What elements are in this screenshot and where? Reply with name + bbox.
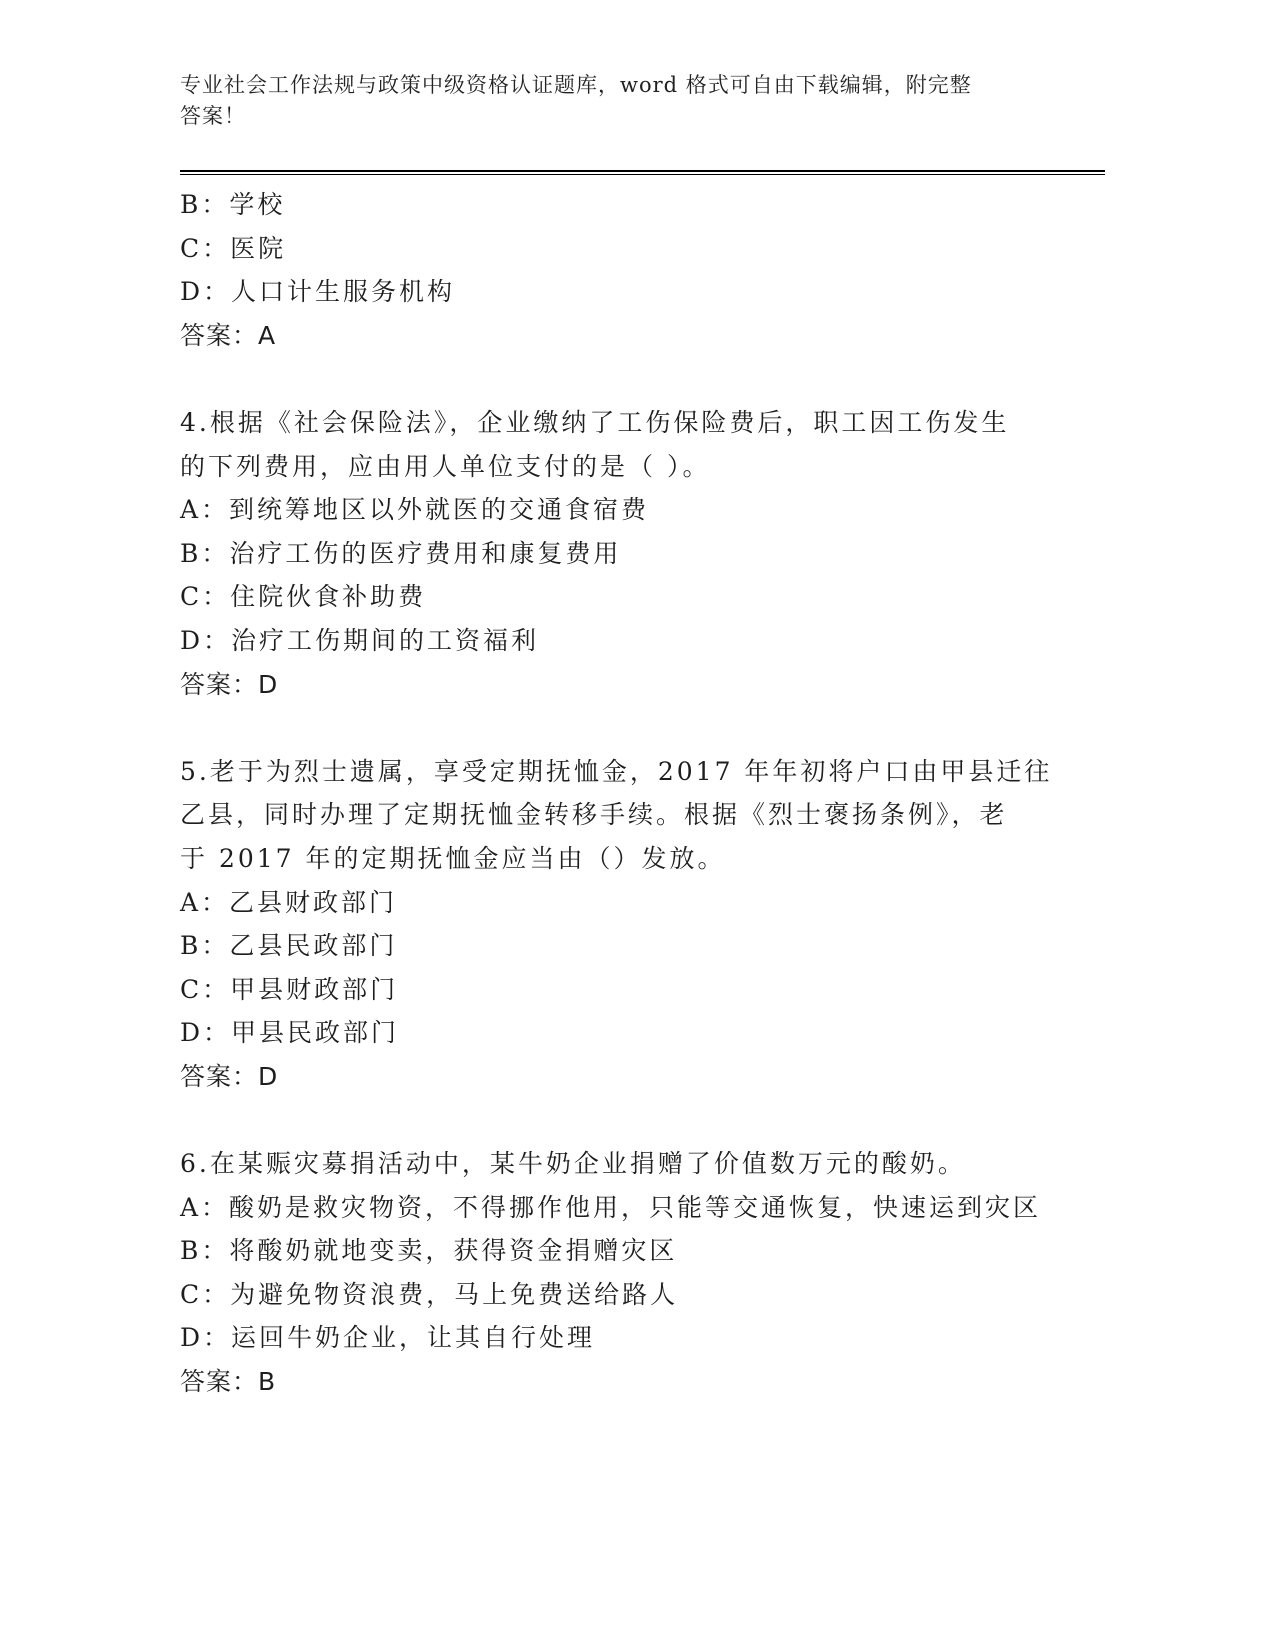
question-stem: 乙县，同时办理了定期抚恤金转移手续。根据《烈士褒扬条例》，老	[180, 793, 1060, 837]
answer: 答案：D	[180, 663, 1060, 707]
question-4: 4.根据《社会保险法》，企业缴纳了工伤保险费后，职工因工伤发生 的下列费用，应由…	[180, 401, 1060, 706]
option-a: A：酸奶是救灾物资，不得挪作他用，只能等交通恢复，快速运到灾区	[180, 1186, 1060, 1230]
option-b: B：将酸奶就地变卖，获得资金捐赠灾区	[180, 1229, 1060, 1273]
option-d: D：人口计生服务机构	[180, 270, 1060, 314]
option-b: B：治疗工伤的医疗费用和康复费用	[180, 532, 1060, 576]
option-a: A：乙县财政部门	[180, 881, 1060, 925]
option-c: C：为避免物资浪费，马上免费送给路人	[180, 1273, 1060, 1317]
option-d: D：甲县民政部门	[180, 1011, 1060, 1055]
question-5: 5.老于为烈士遗属，享受定期抚恤金，2017 年年初将户口由甲县迁往 乙县，同时…	[180, 750, 1060, 1099]
question-stem: 5.老于为烈士遗属，享受定期抚恤金，2017 年年初将户口由甲县迁往	[180, 750, 1060, 794]
question-list: B：学校 C：医院 D：人口计生服务机构 答案：A 4.根据《社会保险法》，企业…	[180, 183, 1060, 1404]
option-d: D：运回牛奶企业，让其自行处理	[180, 1316, 1060, 1360]
header-line-2: 答案！	[180, 101, 1030, 132]
option-a: A：到统筹地区以外就医的交通食宿费	[180, 488, 1060, 532]
header-rule-thin	[180, 174, 1105, 175]
question-stem: 6.在某赈灾募捐活动中，某牛奶企业捐赠了价值数万元的酸奶。	[180, 1142, 1060, 1186]
document-header: 专业社会工作法规与政策中级资格认证题库，word 格式可自由下载编辑，附完整 答…	[180, 70, 1030, 132]
answer: 答案：D	[180, 1055, 1060, 1099]
question-stem: 于 2017 年的定期抚恤金应当由（）发放。	[180, 837, 1060, 881]
option-b: B：乙县民政部门	[180, 924, 1060, 968]
option-c: C：医院	[180, 227, 1060, 271]
question-stem: 的下列费用，应由用人单位支付的是（ ）。	[180, 445, 1060, 489]
option-b: B：学校	[180, 183, 1060, 227]
answer: 答案：A	[180, 314, 1060, 358]
option-c: C：住院伙食补助费	[180, 575, 1060, 619]
option-d: D：治疗工伤期间的工资福利	[180, 619, 1060, 663]
header-rule-thick	[180, 170, 1105, 172]
question-3: B：学校 C：医院 D：人口计生服务机构 答案：A	[180, 183, 1060, 357]
option-c: C：甲县财政部门	[180, 968, 1060, 1012]
header-line-1: 专业社会工作法规与政策中级资格认证题库，word 格式可自由下载编辑，附完整	[180, 70, 1030, 101]
answer: 答案：B	[180, 1360, 1060, 1404]
question-stem: 4.根据《社会保险法》，企业缴纳了工伤保险费后，职工因工伤发生	[180, 401, 1060, 445]
question-6: 6.在某赈灾募捐活动中，某牛奶企业捐赠了价值数万元的酸奶。 A：酸奶是救灾物资，…	[180, 1142, 1060, 1404]
